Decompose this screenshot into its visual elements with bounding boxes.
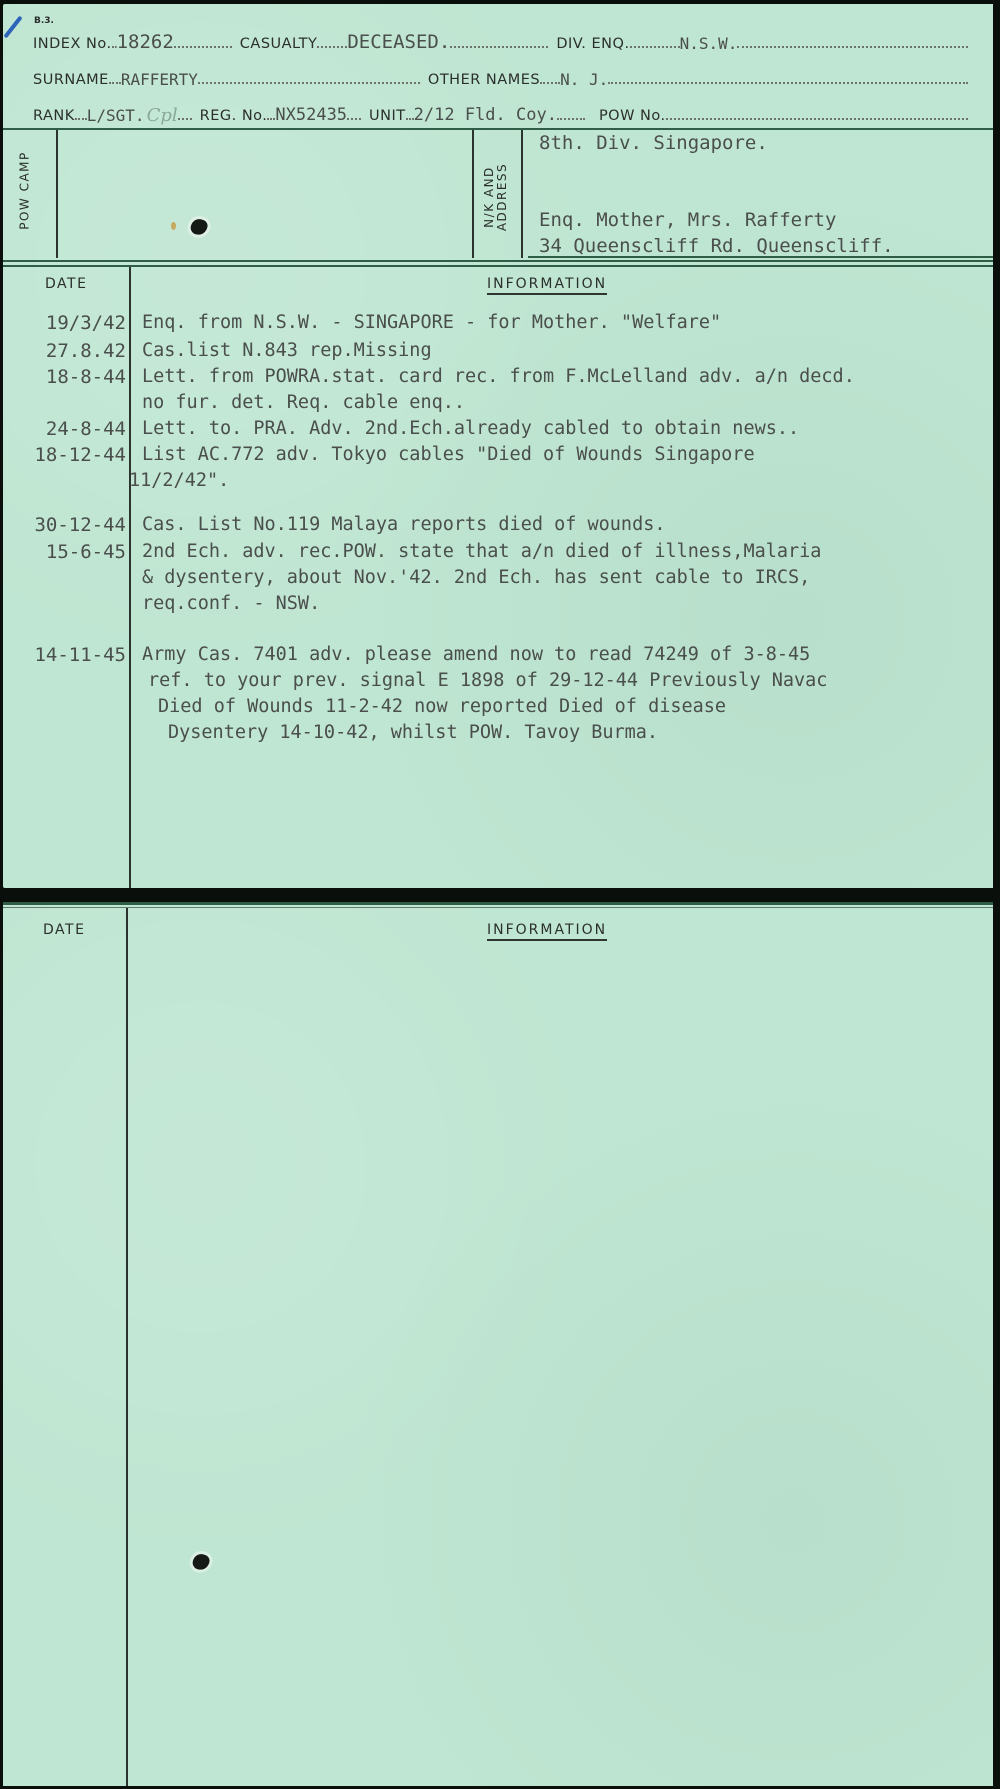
entry-text-line: no fur. det. Req. cable enq.. bbox=[142, 392, 465, 413]
rank-handwritten-annotation: Cpl bbox=[147, 105, 178, 126]
card-top-rule bbox=[3, 902, 993, 905]
entry-date: 24-8-44 bbox=[46, 418, 126, 440]
entry-text-line: Cas. List No.119 Malaya reports died of … bbox=[142, 514, 665, 535]
reg-no-value: NX52435 bbox=[275, 105, 347, 125]
form-code: B.3. bbox=[34, 16, 54, 26]
entry-text-line: Army Cas. 7401 adv. please amend now to … bbox=[142, 644, 810, 665]
box-divider-bottom bbox=[3, 265, 993, 267]
pow-camp-label: POW CAMP bbox=[19, 141, 32, 241]
casualty-label: CASUALTY bbox=[240, 36, 318, 52]
entry-text-line: 2nd Ech. adv. rec.POW. state that a/n di… bbox=[142, 541, 821, 562]
other-names-value: N. J. bbox=[560, 70, 608, 89]
record-card-back: DATE INFORMATION bbox=[3, 902, 995, 1786]
casualty-value: DECEASED. bbox=[347, 31, 450, 53]
reg-no-label: REG. No. bbox=[200, 108, 268, 124]
entry-text-line: req.conf. - NSW. bbox=[142, 593, 320, 614]
div-enq-label: DIV. ENQ. bbox=[556, 36, 629, 52]
entry-date: 18-12-44 bbox=[34, 444, 126, 466]
surname-label: SURNAME bbox=[33, 72, 109, 88]
entry-date: 14-11-45 bbox=[34, 644, 126, 666]
entry-date: 18-8-44 bbox=[46, 366, 126, 388]
entry-date: 15-6-45 bbox=[46, 541, 126, 563]
rank-value: L/SGT. bbox=[87, 106, 145, 125]
date-column-rule bbox=[126, 908, 128, 1786]
nk-address-line: 8th. Div. Singapore. bbox=[539, 132, 768, 154]
header-row-3: RANK L/SGT. Cpl REG. No. NX52435 UNIT 2/… bbox=[33, 98, 968, 124]
header-row-2: SURNAME RAFFERTY OTHER NAMES N. J. bbox=[33, 62, 968, 88]
entry-date: 30-12-44 bbox=[34, 514, 126, 536]
entry-text-line: Lett. from POWRA.stat. card rec. from F.… bbox=[142, 366, 855, 387]
entry-text-line: Lett. to. PRA. Adv. 2nd.Ech.already cabl… bbox=[142, 418, 799, 439]
index-no-value: 18262 bbox=[117, 31, 174, 53]
entry-text-line: Enq. from N.S.W. - SINGAPORE - for Mothe… bbox=[142, 312, 721, 333]
entry-text-line: List AC.772 adv. Tokyo cables "Died of W… bbox=[142, 444, 755, 465]
other-names-label: OTHER NAMES bbox=[428, 72, 540, 88]
entry-text-line: ref. to your prev. signal E 1898 of 29-1… bbox=[148, 670, 827, 691]
nk-address-line: Enq. Mother, Mrs. Rafferty bbox=[539, 209, 836, 231]
record-card-front: B.3. INDEX No. 18262 CASUALTY DECEASED. … bbox=[3, 4, 995, 888]
unit-label: UNIT bbox=[369, 108, 406, 124]
information-column-header: INFORMATION bbox=[487, 922, 607, 941]
entry-date: 19/3/42 bbox=[46, 312, 126, 334]
box-divider-top bbox=[3, 260, 993, 262]
entry-text-line: Cas.list N.843 rep.Missing bbox=[142, 340, 432, 361]
entry-date: 27.8.42 bbox=[46, 340, 126, 362]
header-divider bbox=[3, 128, 993, 130]
entry-text-line: 11/2/42". bbox=[129, 470, 229, 491]
entry-text-line: & dysentery, about Nov.'42. 2nd Ech. has… bbox=[142, 567, 810, 588]
date-column-header: DATE bbox=[43, 922, 85, 938]
index-no-label: INDEX No. bbox=[33, 36, 112, 52]
entry-text-line: Died of Wounds 11-2-42 now reported Died… bbox=[158, 696, 726, 717]
blue-tick-mark bbox=[3, 16, 22, 39]
date-column-header: DATE bbox=[45, 276, 87, 292]
rank-label: RANK bbox=[33, 108, 75, 124]
pow-no-label: POW No. bbox=[599, 108, 666, 124]
pow-camp-field bbox=[63, 134, 463, 254]
nk-address-line: 34 Queenscliff Rd. Queenscliff. bbox=[539, 235, 894, 257]
paper-stain bbox=[171, 222, 176, 230]
date-column-rule bbox=[129, 267, 131, 888]
entry-text-line: Dysentery 14-10-42, whilst POW. Tavoy Bu… bbox=[168, 722, 658, 743]
div-enq-value: N.S.W. bbox=[680, 34, 738, 53]
surname-value: RAFFERTY bbox=[121, 70, 198, 89]
information-column-header: INFORMATION bbox=[487, 276, 607, 295]
header-row-1: INDEX No. 18262 CASUALTY DECEASED. DIV. … bbox=[33, 26, 968, 52]
punch-hole bbox=[191, 1552, 212, 1573]
nk-address-label: N/K AND ADDRESS bbox=[483, 147, 509, 247]
unit-value: 2/12 Fld. Coy. bbox=[414, 105, 557, 125]
